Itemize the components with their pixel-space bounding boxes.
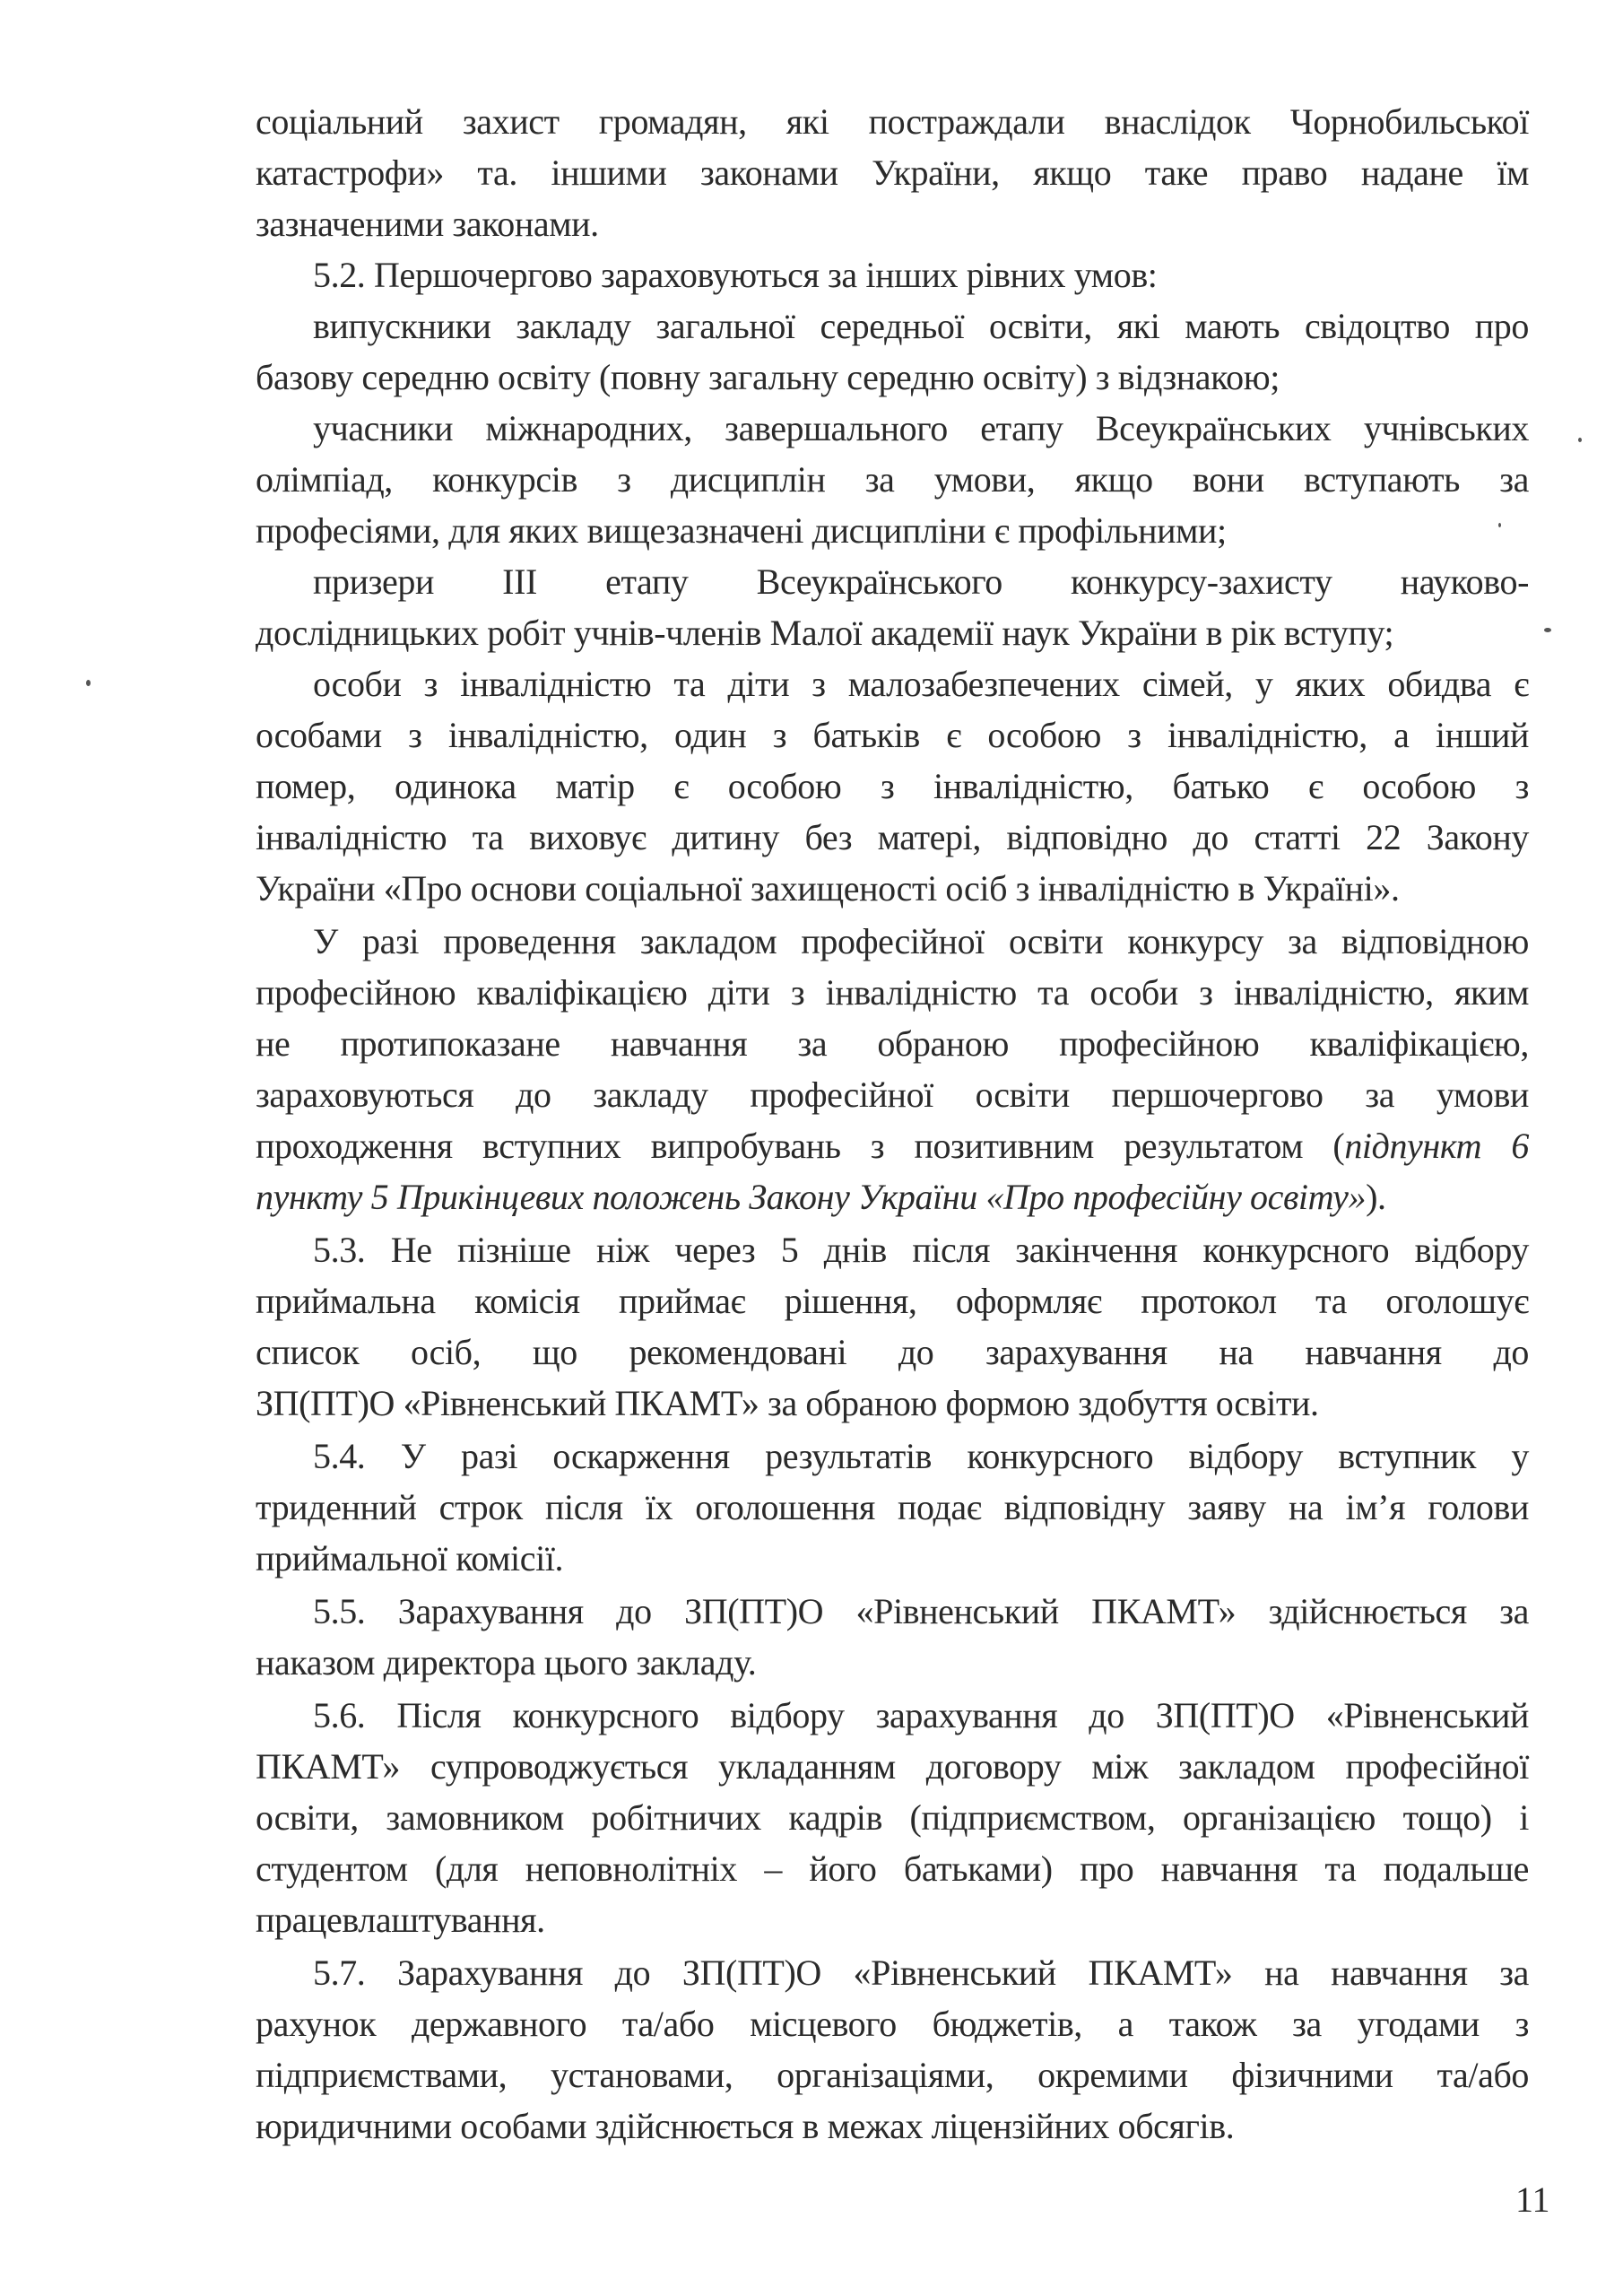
text-line: випускники закладу загальної середньої о… xyxy=(256,301,1529,352)
scan-speck xyxy=(86,680,91,686)
text-line: олімпіад, конкурсів з дисциплін за умови… xyxy=(256,455,1529,505)
text-line: У разі проведення закладом професійної о… xyxy=(256,917,1529,967)
text-line: України «Про основи соціальної захищенос… xyxy=(256,864,1529,914)
text-line: ЗП(ПТ)О «Рівненський ПКАМТ» за обраною ф… xyxy=(256,1378,1529,1429)
text-line: освіти, замовником робітничих кадрів (пі… xyxy=(256,1793,1529,1843)
italic-reference: пункту 5 Прикінцевих положень Закону Укр… xyxy=(256,1177,1366,1217)
text-line: дослідницьких робіт учнів-членів Малої а… xyxy=(256,608,1529,658)
text-line: проходження вступних випробувань з позит… xyxy=(256,1121,1529,1171)
text-line: зазначеними законами. xyxy=(256,199,1529,249)
text-line: приймальна комісія приймає рішення, офор… xyxy=(256,1276,1529,1326)
text-line: призери ІІІ етапу Всеукраїнського конкур… xyxy=(256,557,1529,607)
text-line: особи з інвалідністю та діти з малозабез… xyxy=(256,659,1529,709)
text-line: професійною кваліфікацією діти з інвалід… xyxy=(256,968,1529,1018)
text-line: пункту 5 Прикінцевих положень Закону Укр… xyxy=(256,1172,1529,1222)
section-heading-5-2: 5.2. Першочергово зараховуються за інших… xyxy=(256,250,1529,300)
text-line: учасники міжнародних, завершального етап… xyxy=(256,404,1529,454)
text-line: рахунок державного та/або місцевого бюдж… xyxy=(256,1999,1529,2049)
text-line: підприємствами, установами, організаціям… xyxy=(256,2050,1529,2100)
text-run: ). xyxy=(1366,1177,1386,1217)
scan-speck xyxy=(1578,438,1582,442)
text-line: юридичними особами здійснюється в межах … xyxy=(256,2101,1529,2152)
text-line: наказом директора цього закладу. xyxy=(256,1638,1529,1688)
text-line: катастрофи» та. іншими законами України,… xyxy=(256,148,1529,198)
text-line: професіями, для яких вищезазначені дисци… xyxy=(256,506,1529,556)
section-5-5: 5.5. Зарахування до ЗП(ПТ)О «Рівненський… xyxy=(256,1587,1529,1637)
text-line: ПКАМТ» супроводжується укладанням догово… xyxy=(256,1742,1529,1792)
text-run: проходження вступних випробувань з позит… xyxy=(256,1126,1344,1166)
text-line: список осіб, що рекомендовані до зарахув… xyxy=(256,1327,1529,1378)
text-line: помер, одинока матір є особою з інвалідн… xyxy=(256,761,1529,812)
section-5-6: 5.6. Після конкурсного відбору зарахуван… xyxy=(256,1691,1529,1741)
section-5-3: 5.3. Не пізніше ніж через 5 днів після з… xyxy=(256,1225,1529,1275)
scan-speck xyxy=(1498,523,1501,527)
text-line: інвалідністю та виховує дитину без матер… xyxy=(256,813,1529,863)
text-line: зараховуються до закладу професійної осв… xyxy=(256,1070,1529,1120)
section-5-4: 5.4. У разі оскарження результатів конку… xyxy=(256,1431,1529,1482)
page-number: 11 xyxy=(1515,2178,1550,2222)
text-line: триденний строк після їх оголошення пода… xyxy=(256,1483,1529,1533)
section-5-7: 5.7. Зарахування до ЗП(ПТ)О «Рівненський… xyxy=(256,1948,1529,1998)
scan-speck xyxy=(1544,628,1551,632)
italic-reference: підпункт 6 xyxy=(1344,1126,1529,1166)
text-line: приймальної комісії. xyxy=(256,1534,1529,1584)
text-line: не протипоказане навчання за обраною про… xyxy=(256,1019,1529,1069)
text-line: базову середню освіту (повну загальну се… xyxy=(256,352,1529,403)
text-line: працевлаштування. xyxy=(256,1895,1529,1945)
text-line: особами з інвалідністю, один з батьків є… xyxy=(256,710,1529,761)
text-line: студентом (для неповнолітніх – його бать… xyxy=(256,1844,1529,1894)
text-line: соціальний захист громадян, які постражд… xyxy=(256,97,1529,147)
